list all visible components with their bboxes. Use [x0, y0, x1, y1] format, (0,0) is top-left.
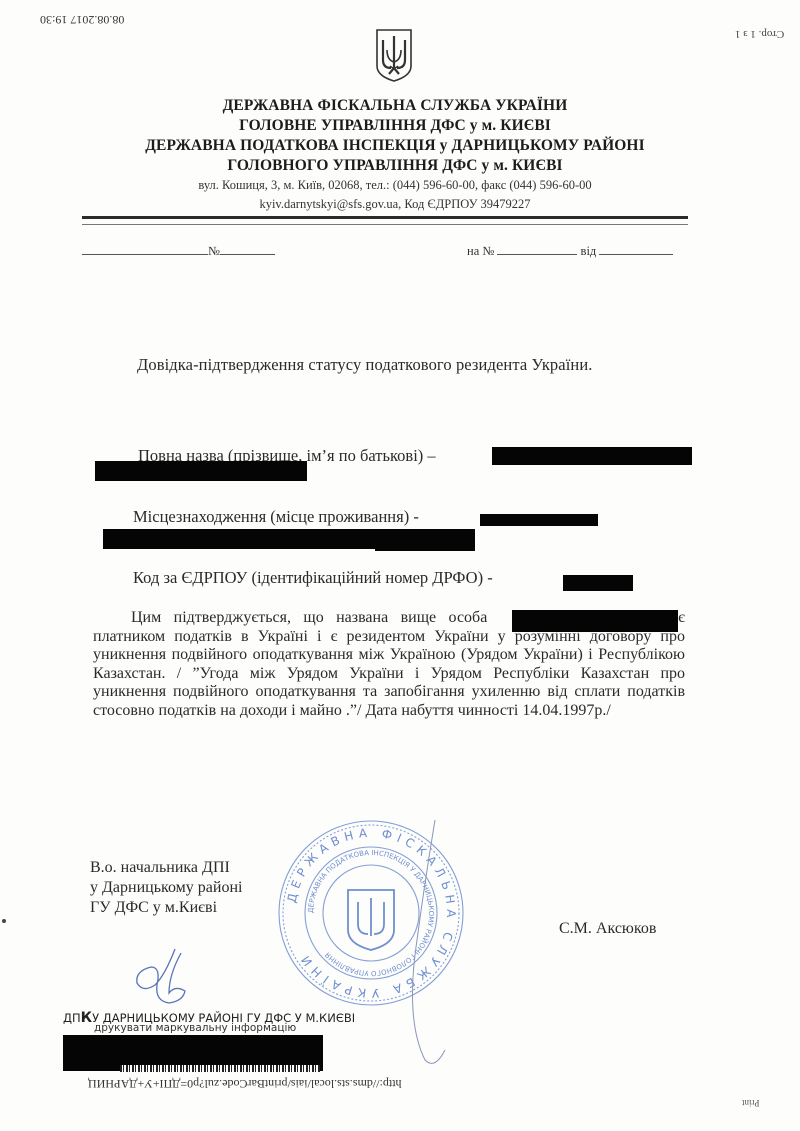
document-title: Довідка-підтвердження статусу податковог…	[137, 355, 592, 375]
body-intro: Цим підтверджується, що названа вище осо…	[93, 609, 487, 626]
number-label: №	[208, 244, 220, 258]
reply-number-blank	[497, 242, 577, 255]
footer-url: http://dms.sts.local/iais/printBarCode.z…	[88, 1076, 401, 1091]
barcode-org-k: К	[81, 1010, 92, 1026]
signer-position: В.о. начальника ДПІ у Дарницькому районі…	[90, 858, 242, 918]
location-redaction	[375, 529, 475, 551]
reply-reference-field: на № від	[467, 242, 673, 259]
letterhead: ДЕРЖАВНА ФІСКАЛЬНА СЛУЖБА УКРАЇНИ ГОЛОВН…	[0, 96, 790, 214]
full-name-redaction	[95, 461, 307, 481]
letterhead-address: вул. Кошиця, 3, м. Київ, 02068, тел.: (0…	[0, 176, 790, 195]
tax-code-redaction	[563, 575, 633, 591]
date-label: від	[581, 244, 597, 258]
print-date: 08.08.2017 19:30	[40, 12, 124, 27]
barcode-org-prefix: ДП	[63, 1011, 81, 1025]
letterhead-line: ДЕРЖАВНА ПОДАТКОВА ІНСПЕКЦІЯ у ДАРНИЦЬКО…	[0, 136, 790, 156]
pen-stroke-mark	[395, 820, 455, 1080]
letterhead-line: ГОЛОВНЕ УПРАВЛІННЯ ДФС у м. КИЄВІ	[0, 116, 790, 136]
taxpayer-name-redaction	[512, 610, 678, 632]
signer-position-line: ГУ ДФС у м.Києві	[90, 898, 242, 918]
signer-name: С.М. Аксюков	[559, 920, 656, 938]
page-counter: Стор. 1 з 1	[735, 28, 784, 40]
letterhead-line: ДЕРЖАВНА ФІСКАЛЬНА СЛУЖБА УКРАЇНИ	[0, 96, 790, 116]
location-redaction	[480, 514, 598, 526]
header-divider	[82, 216, 688, 225]
outgoing-number-blank	[220, 242, 275, 255]
signer-position-line: у Дарницькому районі	[90, 878, 242, 898]
outgoing-number-field: №	[82, 242, 275, 259]
reply-date-blank	[599, 242, 673, 255]
tax-code-label: Код за ЄДРПОУ (ідентифікаційний номер ДР…	[133, 568, 493, 588]
coat-of-arms-icon	[375, 28, 413, 83]
barcode-icon	[120, 1065, 320, 1072]
reply-to-label: на №	[467, 244, 494, 258]
letterhead-contact: kyiv.darnytskyi@sfs.gov.ua, Код ЄДРПОУ 3…	[0, 195, 790, 214]
signer-position-line: В.о. начальника ДПІ	[90, 858, 242, 878]
location-redaction	[103, 529, 375, 549]
scan-speck	[2, 919, 6, 923]
letterhead-line: ГОЛОВНОГО УПРАВЛІННЯ ДФС у м. КИЄВІ	[0, 156, 790, 176]
full-name-redaction	[492, 447, 692, 465]
outgoing-date-blank	[82, 242, 208, 255]
print-label: Print	[742, 1098, 760, 1108]
signature-icon	[125, 945, 205, 1015]
location-label: Місцезнаходження (місце проживання) -	[133, 507, 419, 527]
barcode-hint: друкувати маркувальну інформацію	[94, 1022, 296, 1034]
